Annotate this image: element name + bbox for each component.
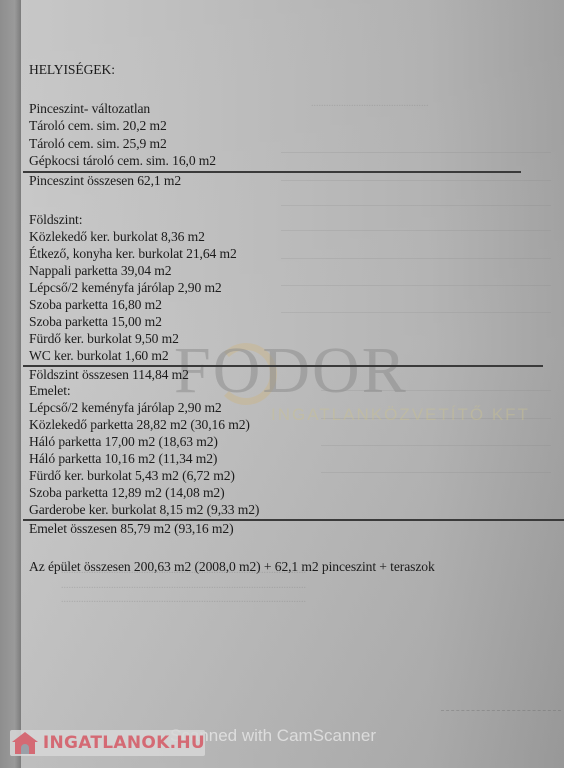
ground-floor-room: WC ker. burkolat 1,60 m2 [29,348,169,364]
agency-watermark-subtitle: INGATLANKÖZVETÍTŐ KFT [271,405,530,425]
ingatlanok-badge[interactable]: INGATLANOK.HU [10,730,205,756]
ground-floor-room: Szoba parketta 16,80 m2 [29,297,162,313]
upper-floor-room: Háló parketta 17,00 m2 (18,63 m2) [29,434,218,450]
upper-floor-room: Fürdő ker. burkolat 5,43 m2 (6,72 m2) [29,468,235,484]
ground-floor-total: Földszint összesen 114,84 m2 [29,367,189,383]
signature [441,670,561,711]
upper-floor-room: Közlekedő parketta 28,82 m2 (30,16 m2) [29,417,250,433]
house-icon [12,732,37,754]
basement-room: Gépkocsi tároló cem. sim. 16,0 m2 [29,153,216,169]
ground-floor-room: Étkező, konyha ker. burkolat 21,64 m2 [29,246,237,262]
ground-floor-room: Közlekedő ker. burkolat 8,36 m2 [29,229,205,245]
ground-floor-room: Szoba parketta 15,00 m2 [29,314,162,330]
upper-floor-room: Háló parketta 10,16 m2 (11,34 m2) [29,451,217,467]
ground-floor-room: Lépcső/2 keményfa járólap 2,90 m2 [29,280,222,296]
basement-room: Tároló cem. sim. 20,2 m2 [29,118,167,134]
ground-floor-title: Földszint: [29,212,82,228]
agency-watermark: FODOR [174,333,408,409]
building-total: Az épület összesen 200,63 m2 (2008,0 m2)… [29,559,435,575]
upper-floor-total: Emelet összesen 85,79 m2 (93,16 m2) [29,521,234,537]
section-heading: HELYISÉGEK: [29,62,115,78]
upper-floor-room: Szoba parketta 12,89 m2 (14,08 m2) [29,485,225,501]
basement-total: Pinceszint összesen 62,1 m2 [29,173,181,189]
ground-floor-room: Fürdő ker. burkolat 9,50 m2 [29,331,179,347]
ingatlanok-label: INGATLANOK.HU [43,733,205,753]
basement-title: Pinceszint- változatlan [29,101,150,117]
upper-floor-title: Emelet: [29,383,71,399]
upper-floor-room: Lépcső/2 keményfa járólap 2,90 m2 [29,400,222,416]
binding-edge [0,0,21,768]
basement-room: Tároló cem. sim. 25,9 m2 [29,136,167,152]
ground-floor-room: Nappali parketta 39,04 m2 [29,263,171,279]
upper-floor-room: Garderobe ker. burkolat 8,15 m2 (9,33 m2… [29,502,259,518]
